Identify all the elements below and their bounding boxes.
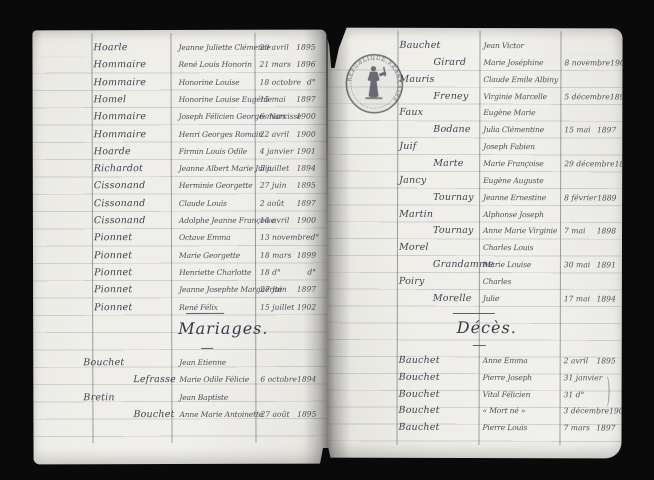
marriage-row: BouchetAnne Marie Antoinette27 août1895	[33, 406, 327, 424]
date-day-month: 18 mars	[260, 246, 291, 264]
record-date: 6 mars1900	[260, 108, 316, 126]
surname: Bretin	[83, 389, 114, 407]
given-names: Julia Clémentine	[483, 121, 544, 139]
date-day-month: 21 mars	[260, 56, 291, 74]
date-year: 1894	[597, 290, 616, 308]
date-year: d°	[307, 73, 316, 91]
given-names: Marie Georgette	[179, 246, 240, 264]
record-date: 15 mai1897	[564, 121, 616, 139]
record-row: PionnetJeanne Josephte Marguerite27 juin…	[33, 281, 327, 299]
marriage-row: PoiryCharles	[327, 273, 622, 291]
marriage-row: TournayAnne Marie Virginie7 mai1898	[327, 222, 622, 240]
given-names: Honorine Louise Eugénie	[179, 91, 272, 109]
record-date: 27 août1895	[260, 406, 316, 424]
given-names: Firmin Louis Odile	[179, 143, 247, 161]
surname: Hommaire	[94, 126, 147, 144]
given-names: Jean Etienne	[179, 354, 226, 372]
date-year: 1900	[296, 125, 315, 143]
marriage-row: BodaneJulia Clémentine15 mai1897	[327, 121, 622, 139]
record-date: 2 août1897	[260, 194, 316, 212]
surname: Mauris	[399, 70, 434, 88]
surname: Tournay	[433, 222, 474, 240]
surname: Poiry	[399, 273, 425, 291]
surname: Lefrasse	[133, 371, 176, 389]
date-year: 1897	[297, 194, 316, 212]
marriage-row: MaurisClaude Emile Albiny	[327, 70, 622, 88]
marriage-row: MartinAlphonse Joseph	[327, 205, 622, 223]
given-names: Jeanne Albert Marie Julia	[179, 160, 272, 178]
given-names: Pierre Louis	[482, 419, 527, 437]
surname: Jancy	[399, 172, 426, 190]
death-row: BauchetAnne Emma2 avril1895	[327, 352, 622, 370]
date-year: 1896	[296, 56, 315, 74]
date-day-month: 18 d°	[260, 264, 281, 282]
given-names: Anne Emma	[483, 352, 528, 370]
surname: Girard	[433, 54, 466, 72]
death-row: BauchetPierre Louis7 mars1897	[326, 419, 621, 437]
date-day-month: 6 mars	[260, 108, 287, 126]
surname: Bouchet	[83, 354, 124, 372]
marriage-row: GirardMarie Joséphine8 novembre1900	[327, 53, 622, 71]
surname: Pionnet	[94, 299, 132, 317]
record-row: HomelHonorine Louise Eugénie15 mai1897	[33, 91, 327, 109]
marriage-row: LefrasseMarie Odile Félicie6 octobre1894	[33, 371, 327, 389]
given-names: Vital Félicien	[483, 386, 531, 404]
date-day-month: 5 décembre	[564, 88, 610, 106]
date-day-month: 2 avril	[564, 352, 589, 370]
marriage-row: GrandammeMarie Louise30 mai1891	[327, 256, 622, 274]
death-row: BouchetVital Félicien31 d°	[327, 385, 622, 403]
given-names: Eugène Auguste	[483, 172, 543, 190]
surname: Juif	[399, 138, 416, 156]
given-names: Honorine Louise	[179, 73, 240, 91]
date-day-month: 13 novembre	[260, 229, 311, 247]
marriage-row: MarteMarie Françoise29 décembre1884	[327, 155, 622, 173]
date-year: d°	[307, 264, 316, 282]
surname: Freney	[433, 87, 468, 105]
surname: Bouchet	[399, 369, 440, 387]
record-date: 22 avril1900	[260, 125, 316, 143]
marriage-row: JuifJoseph Fabien	[327, 138, 622, 156]
date-day-month: 20 avril	[259, 39, 288, 57]
date-year: 1902	[297, 298, 316, 316]
given-names: Eugène Marie	[483, 104, 535, 122]
surname: Bauchet	[399, 37, 440, 55]
record-date: 27 juin1895	[260, 177, 316, 195]
record-date: 8 novembre1900	[564, 54, 616, 72]
date-year: 1895	[596, 352, 615, 370]
record-date: 18 mars1899	[260, 246, 316, 264]
given-names: Herminie Georgette	[179, 177, 253, 195]
surname: Bauchet	[398, 419, 439, 437]
surname: Martin	[399, 205, 433, 223]
marriage-row: MorelleJulie17 mai1894	[327, 289, 622, 307]
given-names: Charles	[483, 273, 511, 291]
given-names: Marie Françoise	[483, 155, 543, 173]
marriage-records-section: BauchetJean VictorGirardMarie Joséphine8…	[328, 28, 623, 29]
date-day-month: 17 mai	[564, 290, 590, 308]
record-date: 15 mai1897	[260, 91, 316, 109]
given-names: Claude Emile Albiny	[483, 71, 558, 89]
date-day-month: 2 août	[260, 194, 284, 212]
record-row: HommaireRené Louis Honorin21 mars1896	[33, 56, 327, 74]
record-date: 4 janvier1901	[260, 142, 316, 160]
right-page-surface: RÉPUBLIQUE FRANÇAISE BauchetJean VictorG…	[326, 28, 622, 459]
record-date: 2 avril1895	[564, 352, 616, 370]
record-row: HommaireHenri Georges Romain22 avril1900	[33, 125, 327, 143]
surname: Marte	[433, 155, 463, 173]
surname: Hommaire	[94, 108, 147, 126]
marriage-row: BretinJean Baptiste	[33, 388, 327, 406]
surname: Hoarle	[93, 39, 127, 57]
date-day-month: 18 octobre	[260, 73, 302, 91]
record-date: 29 décembre1884	[564, 155, 616, 173]
date-year: 1902	[609, 403, 622, 421]
date-year: 1895	[296, 39, 315, 57]
record-date: 5 décembre1898	[564, 88, 616, 106]
given-names: Jean Victor	[483, 37, 524, 55]
deces-heading: Décès.	[457, 318, 517, 337]
date-day-month: 3 décembre	[564, 403, 610, 421]
surname: Faux	[399, 104, 423, 122]
record-date: 7 mars1897	[563, 419, 615, 437]
date-year: 1891	[597, 256, 616, 274]
date-day-month: 22 avril	[260, 125, 289, 143]
date-day-month: 6 octobre	[260, 371, 297, 389]
date-year: 1897	[596, 420, 615, 438]
date-day-month: 31 d°	[564, 386, 585, 404]
surname: Bodane	[433, 121, 470, 139]
date-day-month: 7 mars	[563, 419, 590, 437]
date-day-month: 15 mai	[260, 91, 286, 109]
marriage-row: FreneyVirginie Marcelle5 décembre1898	[327, 87, 622, 105]
given-names: Alphonse Joseph	[483, 206, 544, 224]
record-date: 13 novembred°	[260, 229, 316, 247]
given-names: Virginie Marcelle	[483, 88, 547, 106]
date-day-month: 8 février	[564, 189, 597, 207]
date-day-month: 31 janvier	[564, 369, 603, 387]
given-names: Marie Odile Félicie	[179, 371, 249, 389]
left-page-surface: HoarleJeanne Juliette Clémence20 avril18…	[32, 30, 327, 465]
death-records-section: BauchetAnne Emma2 avril1895BouchetPierre…	[328, 28, 623, 29]
date-year: 1897	[297, 281, 316, 299]
record-date: 18 d°d°	[260, 264, 316, 282]
heading-rule	[186, 313, 224, 314]
record-row: PionnetOctave Emma13 novembred°	[33, 229, 327, 247]
date-day-month: 14 avril	[260, 212, 289, 230]
marriage-row: TournayJeanne Ernestine8 février1889	[327, 188, 622, 206]
record-date: 15 juillet1902	[260, 298, 316, 316]
surname: Bouchet	[399, 385, 440, 403]
date-year: 1899	[297, 246, 316, 264]
left-page: HoarleJeanne Juliette Clémence20 avril18…	[32, 30, 327, 465]
date-year: 1894	[297, 371, 316, 389]
date-day-month: 4 janvier	[260, 142, 294, 160]
heading-dash	[473, 345, 486, 346]
date-day-month: 27 août	[260, 406, 289, 424]
date-day-month: 15 mai	[564, 121, 590, 139]
marriage-row: FauxEugène Marie	[327, 104, 622, 122]
surname: Cissonand	[94, 212, 146, 230]
given-names: Jeanne Ernestine	[483, 189, 546, 207]
surname: Cissonand	[94, 195, 146, 213]
surname: Morel	[399, 239, 429, 257]
record-row: CissonandAdolphe Jeanne Françoise14 avri…	[33, 212, 327, 230]
date-year: 1895	[296, 177, 315, 195]
record-date: 27 juin1897	[260, 281, 316, 299]
given-names: Henriette Charlotte	[179, 264, 251, 282]
date-year: 1898	[610, 88, 623, 106]
record-date: 17 mai1894	[564, 290, 616, 308]
record-row: PionnetMarie Georgette18 mars1899	[33, 246, 327, 264]
given-names: Charles Louis	[483, 239, 533, 257]
heading-dash	[201, 348, 213, 349]
surname: Pionnet	[94, 247, 132, 265]
record-row: HoardeFirmin Louis Odile4 janvier1901	[33, 142, 327, 160]
date-year: d°	[310, 229, 319, 247]
given-names: René Louis Honorin	[179, 56, 252, 74]
surname: Hommaire	[94, 56, 147, 74]
surname: Hommaire	[94, 74, 147, 92]
given-names: Marie Joséphine	[483, 54, 543, 72]
date-year: 1900	[296, 108, 315, 126]
date-year: 1900	[610, 54, 622, 72]
date-day-month: 7 mai	[564, 223, 585, 241]
surname: Bauchet	[399, 352, 440, 370]
marriage-row: BouchetJean Etienne	[33, 354, 327, 372]
record-row: HommaireJoseph Félicien Georges Narcisse…	[33, 108, 327, 126]
record-date: 6 octobre1894	[260, 371, 316, 389]
death-row: BouchetPierre Joseph31 janvier	[327, 368, 622, 386]
record-date: 18 octobred°	[260, 73, 316, 91]
record-row: CissonandClaude Louis2 août1897	[33, 194, 327, 212]
date-year: 1898	[597, 223, 616, 241]
record-row: HoarleJeanne Juliette Clémence20 avril18…	[32, 39, 326, 57]
record-date: 8 février1889	[564, 189, 616, 207]
given-names: Anne Marie Antoinette	[179, 406, 263, 424]
date-year: 1889	[597, 189, 616, 207]
date-year: 1895	[297, 406, 316, 424]
date-day-month: 27 juin	[260, 281, 287, 299]
surname: Pionnet	[94, 281, 132, 299]
heading-rule	[453, 313, 495, 314]
record-row: HommaireHonorine Louise18 octobred°	[33, 73, 327, 91]
given-names: Octave Emma	[179, 229, 231, 247]
marriage-row: BauchetJean Victor	[327, 37, 622, 55]
surname: Hoarde	[94, 143, 131, 161]
date-day-month: 30 mai	[564, 256, 590, 274]
given-names: Jeanne Juliette Clémence	[178, 39, 270, 57]
given-names: Claude Louis	[179, 195, 227, 213]
date-year: 1900	[297, 212, 316, 230]
record-row: RichardotJeanne Albert Marie Julia5 juil…	[33, 160, 327, 178]
surname: Bouchet	[133, 406, 174, 424]
given-names: Marie Louise	[483, 256, 531, 274]
surname: Bouchet	[399, 402, 440, 420]
date-year: 1901	[296, 142, 315, 160]
record-row: PionnetHenriette Charlotte18 d°d°	[33, 264, 327, 282]
record-row: PionnetRené Félix15 juillet1902	[33, 298, 327, 316]
record-row: CissonandHerminie Georgette27 juin1895	[33, 177, 327, 195]
scanned-register-spread: HoarleJeanne Juliette Clémence20 avril18…	[0, 0, 654, 480]
marriage-row: MorelCharles Louis	[327, 239, 622, 257]
surname: Homel	[94, 91, 127, 109]
given-names: Jean Baptiste	[179, 388, 228, 406]
record-date: 21 mars1896	[260, 56, 316, 74]
given-names: « Mort né »	[483, 402, 526, 420]
record-date: 30 mai1891	[564, 256, 616, 274]
surname: Pionnet	[94, 264, 132, 282]
surname: Richardot	[94, 160, 143, 178]
date-year: 1884	[615, 155, 623, 173]
mariages-heading: Mariages.	[178, 319, 268, 338]
record-date: 20 avril1895	[259, 39, 315, 57]
date-day-month: 15 juillet	[260, 298, 294, 316]
surname: Pionnet	[94, 229, 132, 247]
date-day-month: 8 novembre	[564, 54, 610, 72]
given-names: Anne Marie Virginie	[483, 222, 557, 240]
given-names: Julie	[483, 290, 499, 308]
date-day-month: 27 juin	[260, 177, 287, 195]
given-names: Pierre Joseph	[483, 369, 532, 387]
given-names: Henri Georges Romain	[179, 125, 263, 143]
record-date: 7 mai1898	[564, 223, 616, 241]
date-year: 1897	[597, 122, 616, 140]
given-names: Joseph Fabien	[483, 138, 535, 156]
record-date: 5 juillet1894	[260, 160, 316, 178]
date-year: 1894	[296, 160, 315, 178]
marriage-records-section: BouchetJean EtienneLefrasseMarie Odile F…	[32, 30, 326, 31]
death-row: Bouchet« Mort né »3 décembre1902	[327, 402, 622, 420]
marriage-row: JancyEugène Auguste	[327, 171, 622, 189]
right-page: RÉPUBLIQUE FRANÇAISE BauchetJean VictorG…	[326, 28, 622, 459]
date-day-month: 5 juillet	[260, 160, 289, 178]
date-day-month: 29 décembre	[564, 155, 614, 173]
record-date: 14 avril1900	[260, 212, 316, 230]
surname: Tournay	[433, 189, 474, 207]
date-year: 1897	[296, 91, 315, 109]
surname: Morelle	[433, 290, 472, 308]
birth-records-section: HoarleJeanne Juliette Clémence20 avril18…	[32, 30, 326, 31]
surname: Cissonand	[94, 177, 146, 195]
